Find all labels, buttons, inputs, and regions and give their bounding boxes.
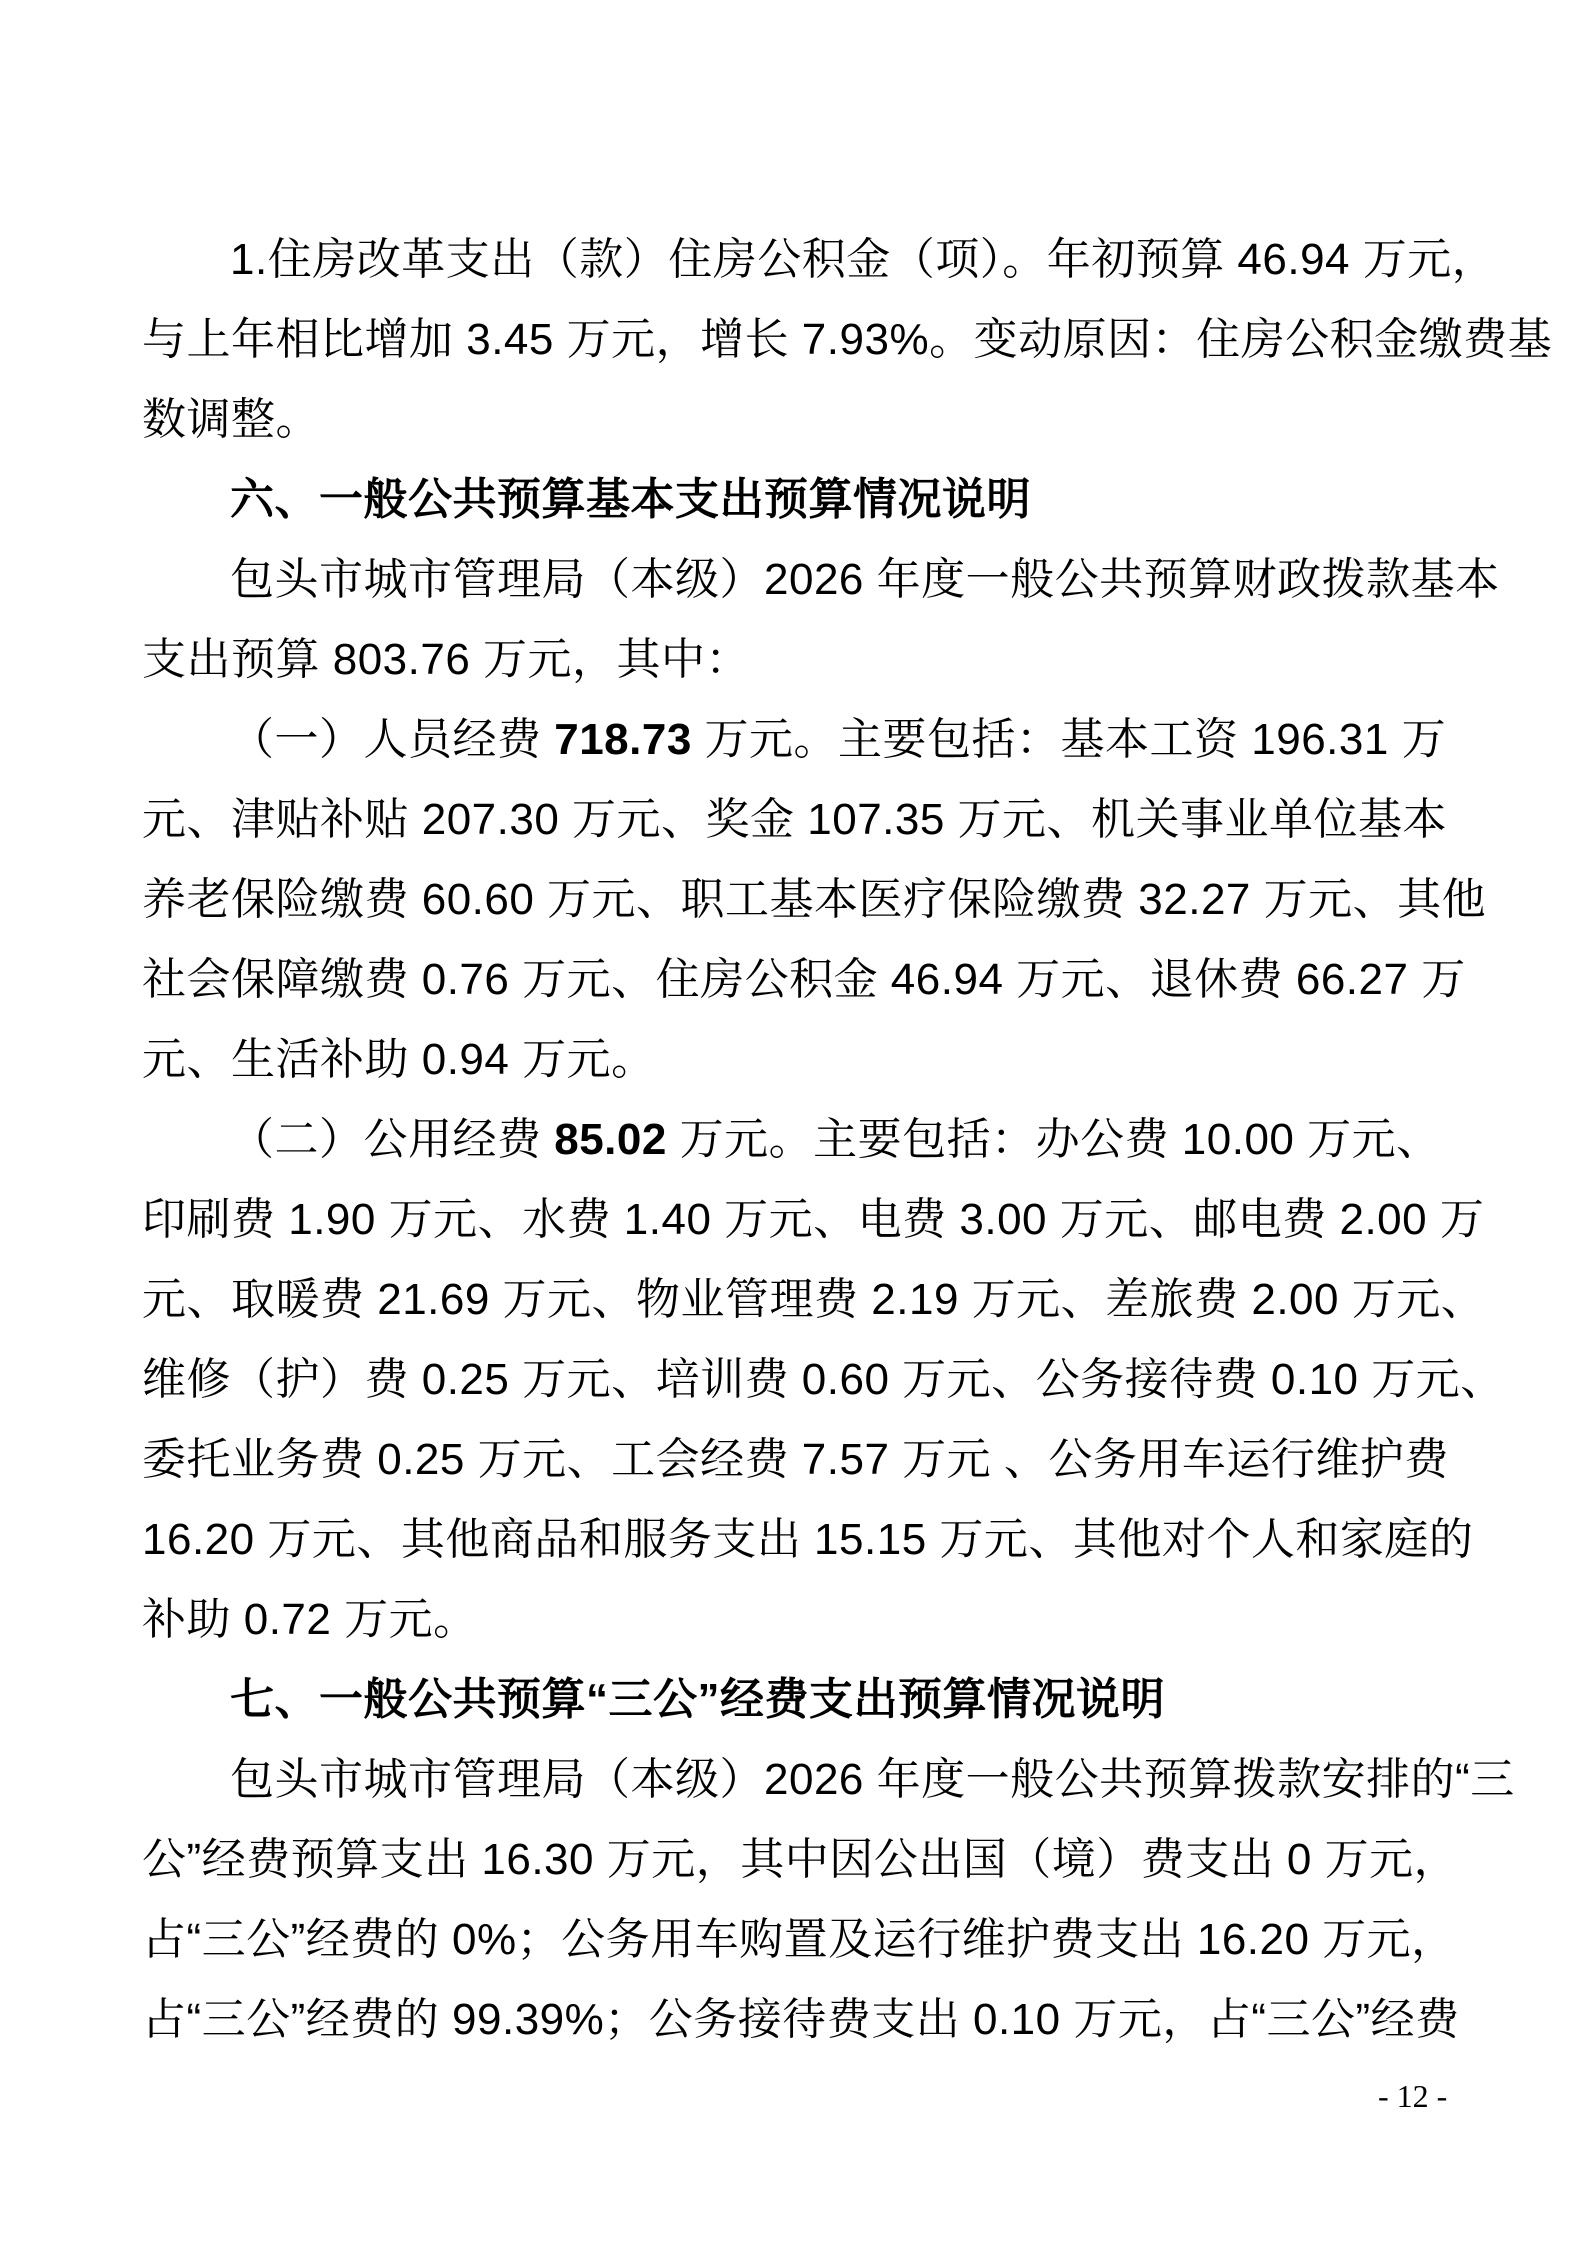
- document-line: 补助 0.72 万元。: [142, 1580, 1488, 1660]
- text-segment: 印刷费 1.90 万元、水费 1.40 万元、电费 3.00 万元、邮电费 2.…: [142, 1195, 1484, 1244]
- bold-amount-text: 718.73: [554, 715, 692, 764]
- document-body: 1.住房改革支出（款）住房公积金（项）。年初预算 46.94 万元，与上年相比增…: [142, 220, 1488, 2060]
- text-segment: 补助 0.72 万元。: [142, 1595, 478, 1644]
- text-segment: 包头市城市管理局（本级）2026 年度一般公共预算拨款安排的“三: [230, 1755, 1515, 1804]
- document-line: 委托业务费 0.25 万元、工会经费 7.57 万元 、公务用车运行维护费: [142, 1420, 1488, 1500]
- text-segment: 社会保障缴费 0.76 万元、住房公积金 46.94 万元、退休费 66.27 …: [142, 955, 1466, 1004]
- document-line: 包头市城市管理局（本级）2026 年度一般公共预算拨款安排的“三: [142, 1740, 1488, 1820]
- document-line: 包头市城市管理局（本级）2026 年度一般公共预算财政拨款基本: [142, 540, 1488, 620]
- document-line: 公”经费预算支出 16.30 万元，其中因公出国（境）费支出 0 万元，: [142, 1820, 1488, 1900]
- document-line: 印刷费 1.90 万元、水费 1.40 万元、电费 3.00 万元、邮电费 2.…: [142, 1180, 1488, 1260]
- document-line: 元、取暖费 21.69 万元、物业管理费 2.19 万元、差旅费 2.00 万元…: [142, 1260, 1488, 1340]
- text-segment: 占“三公”经费的 0%；公务用车购置及运行维护费支出 16.20 万元，: [142, 1915, 1456, 1964]
- text-segment: 元、取暖费 21.69 万元、物业管理费 2.19 万元、差旅费 2.00 万元…: [142, 1275, 1485, 1324]
- document-line: 维修（护）费 0.25 万元、培训费 0.60 万元、公务接待费 0.10 万元…: [142, 1340, 1488, 1420]
- text-segment: （二）公用经费: [230, 1115, 554, 1164]
- text-segment: 维修（护）费 0.25 万元、培训费 0.60 万元、公务接待费 0.10 万元…: [142, 1355, 1505, 1404]
- text-segment: 万元。主要包括：办公费 10.00 万元、: [667, 1115, 1441, 1164]
- document-line: 占“三公”经费的 99.39%；公务接待费支出 0.10 万元，占“三公”经费: [142, 1980, 1488, 2060]
- document-line: 与上年相比增加 3.45 万元，增长 7.93%。变动原因：住房公积金缴费基: [142, 300, 1488, 380]
- text-segment: 养老保险缴费 60.60 万元、职工基本医疗保险缴费 32.27 万元、其他: [142, 875, 1486, 924]
- text-segment: 与上年相比增加 3.45 万元，增长 7.93%。变动原因：住房公积金缴费基: [142, 315, 1552, 364]
- document-line: 支出预算 803.76 万元，其中：: [142, 620, 1488, 700]
- document-line: 养老保险缴费 60.60 万元、职工基本医疗保险缴费 32.27 万元、其他: [142, 860, 1488, 940]
- text-segment: 1.住房改革支出（款）住房公积金（项）。年初预算 46.94 万元，: [230, 235, 1496, 284]
- text-segment: 包头市城市管理局（本级）2026 年度一般公共预算财政拨款基本: [230, 555, 1500, 604]
- document-line: 元、生活补助 0.94 万元。: [142, 1020, 1488, 1100]
- text-segment: 16.20 万元、其他商品和服务支出 15.15 万元、其他对个人和家庭的: [142, 1515, 1473, 1564]
- text-segment: 委托业务费 0.25 万元、工会经费 7.57 万元 、公务用车运行维护费: [142, 1435, 1449, 1484]
- document-line: 1.住房改革支出（款）住房公积金（项）。年初预算 46.94 万元，: [142, 220, 1488, 300]
- text-segment: 六、一般公共预算基本支出预算情况说明: [230, 475, 1031, 524]
- document-line: 元、津贴补贴 207.30 万元、奖金 107.35 万元、机关事业单位基本: [142, 780, 1488, 860]
- text-segment: 公”经费预算支出 16.30 万元，其中因公出国（境）费支出 0 万元，: [142, 1835, 1458, 1884]
- document-line: 数调整。: [142, 380, 1488, 460]
- document-line: 16.20 万元、其他商品和服务支出 15.15 万元、其他对个人和家庭的: [142, 1500, 1488, 1580]
- text-segment: 万元。主要包括：基本工资 196.31 万: [692, 715, 1446, 764]
- text-segment: 数调整。: [142, 395, 320, 444]
- text-segment: 七、一般公共预算“三公”经费支出预算情况说明: [230, 1675, 1165, 1724]
- document-line: （二）公用经费 85.02 万元。主要包括：办公费 10.00 万元、: [142, 1100, 1488, 1180]
- document-page: 1.住房改革支出（款）住房公积金（项）。年初预算 46.94 万元，与上年相比增…: [0, 0, 1588, 2245]
- document-line: 社会保障缴费 0.76 万元、住房公积金 46.94 万元、退休费 66.27 …: [142, 940, 1488, 1020]
- text-segment: 元、生活补助 0.94 万元。: [142, 1035, 656, 1084]
- page-number: - 12 -: [1378, 2078, 1447, 2114]
- text-segment: 占“三公”经费的 99.39%；公务接待费支出 0.10 万元，占“三公”经费: [142, 1995, 1460, 2044]
- text-segment: 支出预算 803.76 万元，其中：: [142, 635, 750, 684]
- text-segment: （一）人员经费: [230, 715, 554, 764]
- document-line: （一）人员经费 718.73 万元。主要包括：基本工资 196.31 万: [142, 700, 1488, 780]
- bold-amount-text: 85.02: [554, 1115, 667, 1164]
- section-heading: 七、一般公共预算“三公”经费支出预算情况说明: [142, 1660, 1488, 1740]
- text-segment: 元、津贴补贴 207.30 万元、奖金 107.35 万元、机关事业单位基本: [142, 795, 1447, 844]
- document-line: 占“三公”经费的 0%；公务用车购置及运行维护费支出 16.20 万元，: [142, 1900, 1488, 1980]
- section-heading: 六、一般公共预算基本支出预算情况说明: [142, 460, 1488, 540]
